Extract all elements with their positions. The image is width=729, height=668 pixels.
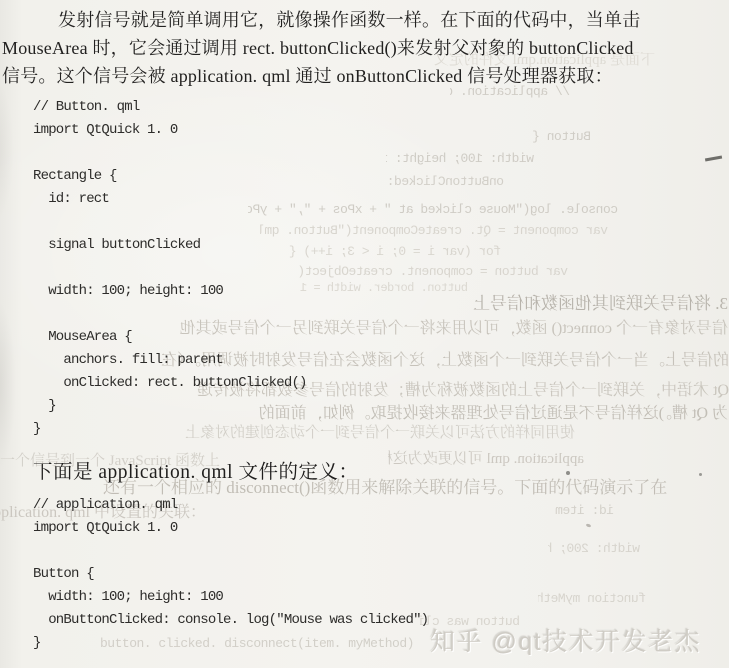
code-line — [33, 303, 307, 326]
bleedthrough-text: 3. 将信号关联到其他函数和信号上 — [390, 289, 728, 314]
bleedthrough-text: var button = component. createObject(row… — [298, 264, 568, 279]
bleedthrough-text: for (var i = 0; i < 3; i++) { — [283, 244, 501, 259]
code-line: Rectangle { — [33, 165, 307, 188]
bleedthrough-text: width: 200; height: 200 — [548, 541, 640, 556]
intro-paragraph: 发射信号就是简单调用它，就像操作函数一样。在下面的代码中，当单击MouseAre… — [2, 6, 704, 90]
code-line: } — [33, 395, 307, 418]
code-block-button-qml: // Button. qmlimport QtQuick 1. 0 Rectan… — [33, 96, 307, 441]
code-line: Button { — [33, 563, 428, 586]
code-line — [33, 540, 428, 563]
bleedthrough-text: button. border. width = 1 — [300, 281, 468, 295]
zhihu-watermark: 知乎 @qt技术开发老杰 — [430, 622, 701, 658]
paragraph-line: 发射信号就是简单调用它，就像操作函数一样。在下面的代码中，当单击 — [2, 6, 704, 34]
code-line — [33, 142, 307, 165]
bleedthrough-text: function myMethod() { — [538, 591, 646, 606]
paragraph-line: MouseArea 时，它会通过调用 rect. buttonClicked()… — [2, 34, 704, 62]
scanned-book-page: 下面是 application.qml 文件的定义// application.… — [0, 0, 729, 668]
bleedthrough-text: width: 100; height: 100 — [386, 151, 534, 166]
code-line: id: rect — [33, 188, 307, 211]
code-line: import QtQuick 1. 0 — [33, 517, 428, 540]
code-line: width: 100; height: 100 — [33, 280, 307, 303]
code-line: signal buttonClicked — [33, 234, 307, 257]
code-line: } — [33, 632, 428, 655]
code-line: // application. qml — [33, 494, 428, 517]
code-line: anchors. fill: parent — [33, 349, 307, 372]
code-line: MouseArea { — [33, 326, 307, 349]
code-line: width: 100; height: 100 — [33, 586, 428, 609]
bleedthrough-text: Button { — [533, 129, 591, 144]
code-line — [33, 211, 307, 234]
bleedthrough-text: id: item — [552, 503, 614, 518]
code-line: } — [33, 418, 307, 441]
code-line: import QtQuick 1. 0 — [33, 119, 307, 142]
scan-smudge — [0, 80, 14, 220]
scan-speck — [566, 471, 570, 475]
scan-smudge — [0, 300, 16, 470]
paragraph-line: 信号。这个信号会被 application. qml 通过 onButtonCl… — [2, 62, 704, 90]
scan-speck — [705, 156, 722, 161]
bleedthrough-text: var component = Qt. createComponent("But… — [260, 223, 608, 238]
code-line: onClicked: rect. buttonClicked() — [33, 372, 307, 395]
bleedthrough-text: onButtonClicked: { — [386, 174, 504, 189]
scan-speck — [586, 523, 592, 528]
scan-speck — [699, 473, 702, 476]
code-line — [33, 257, 307, 280]
code-line: onButtonClicked: console. log("Mouse was… — [33, 609, 428, 632]
code-block-application-qml: // application. qmlimport QtQuick 1. 0 B… — [33, 494, 428, 655]
section-heading: 下面是 application. qml 文件的定义： — [33, 456, 593, 484]
code-line: // Button. qml — [33, 96, 307, 119]
